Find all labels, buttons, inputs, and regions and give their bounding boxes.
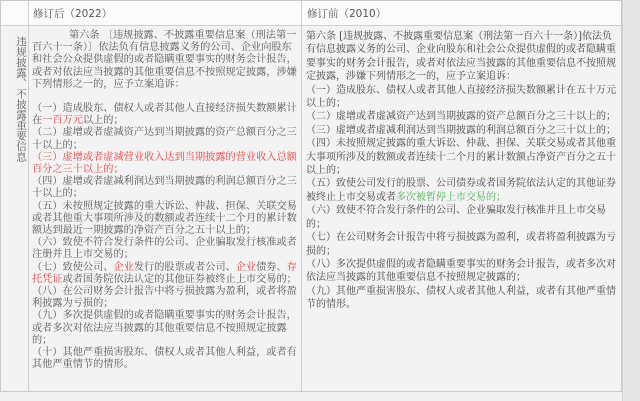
old-item-9: （九）其他严重损害股东、债权人或者其他人利益，或者有其他严重情节的情形。 — [306, 285, 620, 312]
old-item-1: （一）造成股东、债权人或者其他人直接经济损失数额累计在五十万元以上的； — [306, 84, 620, 111]
old-item-5: （五）致使公司发行的股票、公司债券或者国务院依法认定的其他证券被终止上市交易或者… — [306, 177, 620, 204]
column-divider — [301, 1, 302, 391]
old-item-8: （八）多次提供虚假的或者隐瞒重要事实的财务会计报告，或者多次对依法应当披露的其他… — [306, 258, 620, 285]
new-item-7: （七）致使公司、企业发行的股票或者公司、企业债券、存托凭证或者国务院依法认定的其… — [32, 262, 298, 286]
header-new-version: 修订后（2022） — [28, 1, 301, 25]
old-item-6: （六）致使不符合发行条件的公司、企业骗取发行核准并且上市交易的； — [306, 204, 620, 231]
new-item-1: （一）造成股东、债权人或者其他人直接经济损失数额累计在一百万元以上的； — [32, 103, 298, 127]
old-item-3: （三）虚增或者虚减利润达到当期披露的利润总额百分之三十以上的； — [306, 124, 620, 137]
highlight-changed: 一百万元 — [42, 115, 83, 126]
comparison-table: 修订后（2022） 修订前（2010） 违规披露、不披露重要信息 第六条 〔违规… — [0, 0, 622, 392]
new-item-10: （十）其他严重损害股东、债权人或者其他人利益，或者有其他严重情节的情形。 — [32, 347, 298, 371]
old-intro: 第六条 [违规披露、不披露重要信息案（刑法第一百六十一条）]依法负有信息披露义务… — [306, 30, 620, 84]
old-item-2: （二）虚增或者虚减资产达到当期披露的资产总额百分之三十以上的； — [306, 110, 620, 123]
row-label: 违规披露、不披露重要信息 — [1, 26, 28, 166]
highlight-removed: 多次被暂停上市交易的； — [396, 192, 506, 203]
header-old-version: 修订前（2010） — [302, 1, 623, 25]
new-version-text: 第六条 〔违规披露、不披露重要信息案（刑法第一百六十一条）〕依法负有信息披露义务… — [32, 30, 298, 371]
old-item-4: （四）未按照规定披露的重大诉讼、仲裁、担保、关联交易或者其他重大事项所涉及的数额… — [306, 137, 620, 177]
new-item-8: （八）在公司财务会计报告中将亏损披露为盈利，或者将盈利披露为亏损的； — [32, 286, 298, 310]
new-item-5: （五）未按照规定披露的重大诉讼、仲裁、担保、关联交易或者其他重大事项所涉及的数额… — [32, 201, 298, 238]
new-item-9: （九）多次提供虚假的或者隐瞒重要事实的财务会计报告，或者多次对依法应当披露的其他… — [32, 310, 298, 347]
scrollbar[interactable] — [622, 0, 640, 401]
new-item-6: （六）致使不符合发行条件的公司、企业骗取发行核准或者注册并且上市交易的； — [32, 237, 298, 261]
new-intro: 第六条 〔违规披露、不披露重要信息案（刑法第一百六十一条）〕依法负有信息披露义务… — [32, 30, 298, 91]
header-blank — [1, 1, 28, 25]
old-version-text: 第六条 [违规披露、不披露重要信息案（刑法第一百六十一条）]依法负有信息披露义务… — [306, 30, 620, 312]
new-item-4: （四）虚增或者虚减利润达到当期披露的利润总额百分之三十以上的； — [32, 176, 298, 200]
old-item-7: （七）在公司财务会计报告中将亏损披露为盈利，或者将盈利披露为亏损的； — [306, 231, 620, 258]
table-header: 修订后（2022） 修订前（2010） — [1, 1, 621, 26]
column-divider — [28, 1, 29, 391]
new-item-3-added: （三）虚增或者虚减营业收入达到当期披露的营业收入总额百分之三十以上的； — [32, 152, 298, 176]
new-item-2: （二）虚增或者虚减资产达到当期披露的资产总额百分之三十以上的； — [32, 127, 298, 151]
